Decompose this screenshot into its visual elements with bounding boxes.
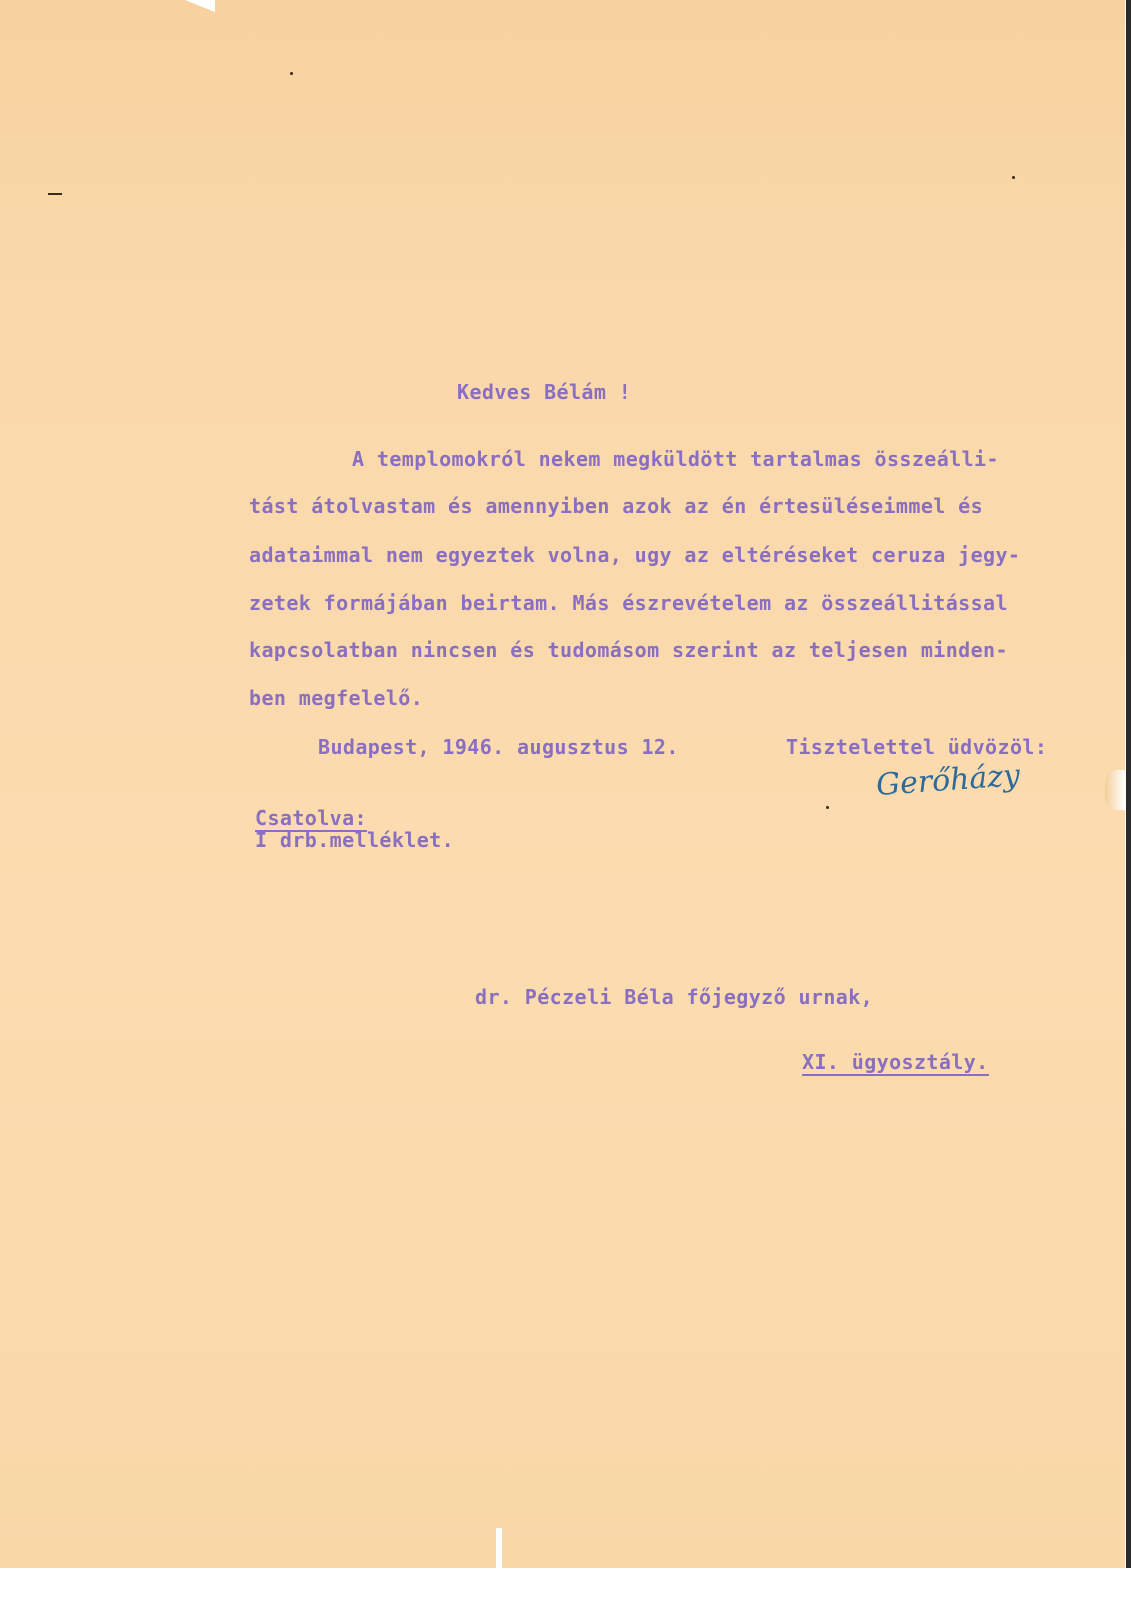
recipient-line: dr. Péczeli Béla főjegyző urnak, — [475, 985, 873, 1009]
body-line: adataimmal nem egyeztek volna, ugy az el… — [249, 543, 1020, 567]
signature: Gerőházy — [875, 758, 1021, 803]
paper-speck — [826, 806, 829, 809]
letter-page: Kedves Bélám ! A templomokról nekem megk… — [0, 0, 1125, 1568]
attachment-value: I drb.melléklet. — [255, 828, 454, 852]
body-line: zetek formájában beirtam. Más észrevétel… — [249, 591, 1008, 615]
paper-tear — [185, 0, 215, 12]
body-line: ben megfelelő. — [249, 686, 423, 710]
paper-speck — [48, 193, 62, 195]
department: XI. ügyosztály. — [802, 1050, 989, 1076]
scan-edge — [1126, 0, 1131, 1568]
body-line: tást átolvastam és amennyiben azok az én… — [249, 494, 983, 518]
paper-speck — [1012, 176, 1015, 179]
closing: Tisztelettel üdvözöl: — [786, 735, 1047, 759]
salutation: Kedves Bélám ! — [457, 380, 631, 404]
paper-speck — [290, 72, 293, 75]
paper-fold — [1105, 770, 1125, 810]
body-line: A templomokról nekem megküldött tartalma… — [352, 447, 999, 471]
paper-notch — [496, 1528, 502, 1568]
date-line: Budapest, 1946. augusztus 12. — [318, 735, 679, 759]
body-line: kapcsolatban nincsen és tudomásom szerin… — [249, 638, 1008, 662]
